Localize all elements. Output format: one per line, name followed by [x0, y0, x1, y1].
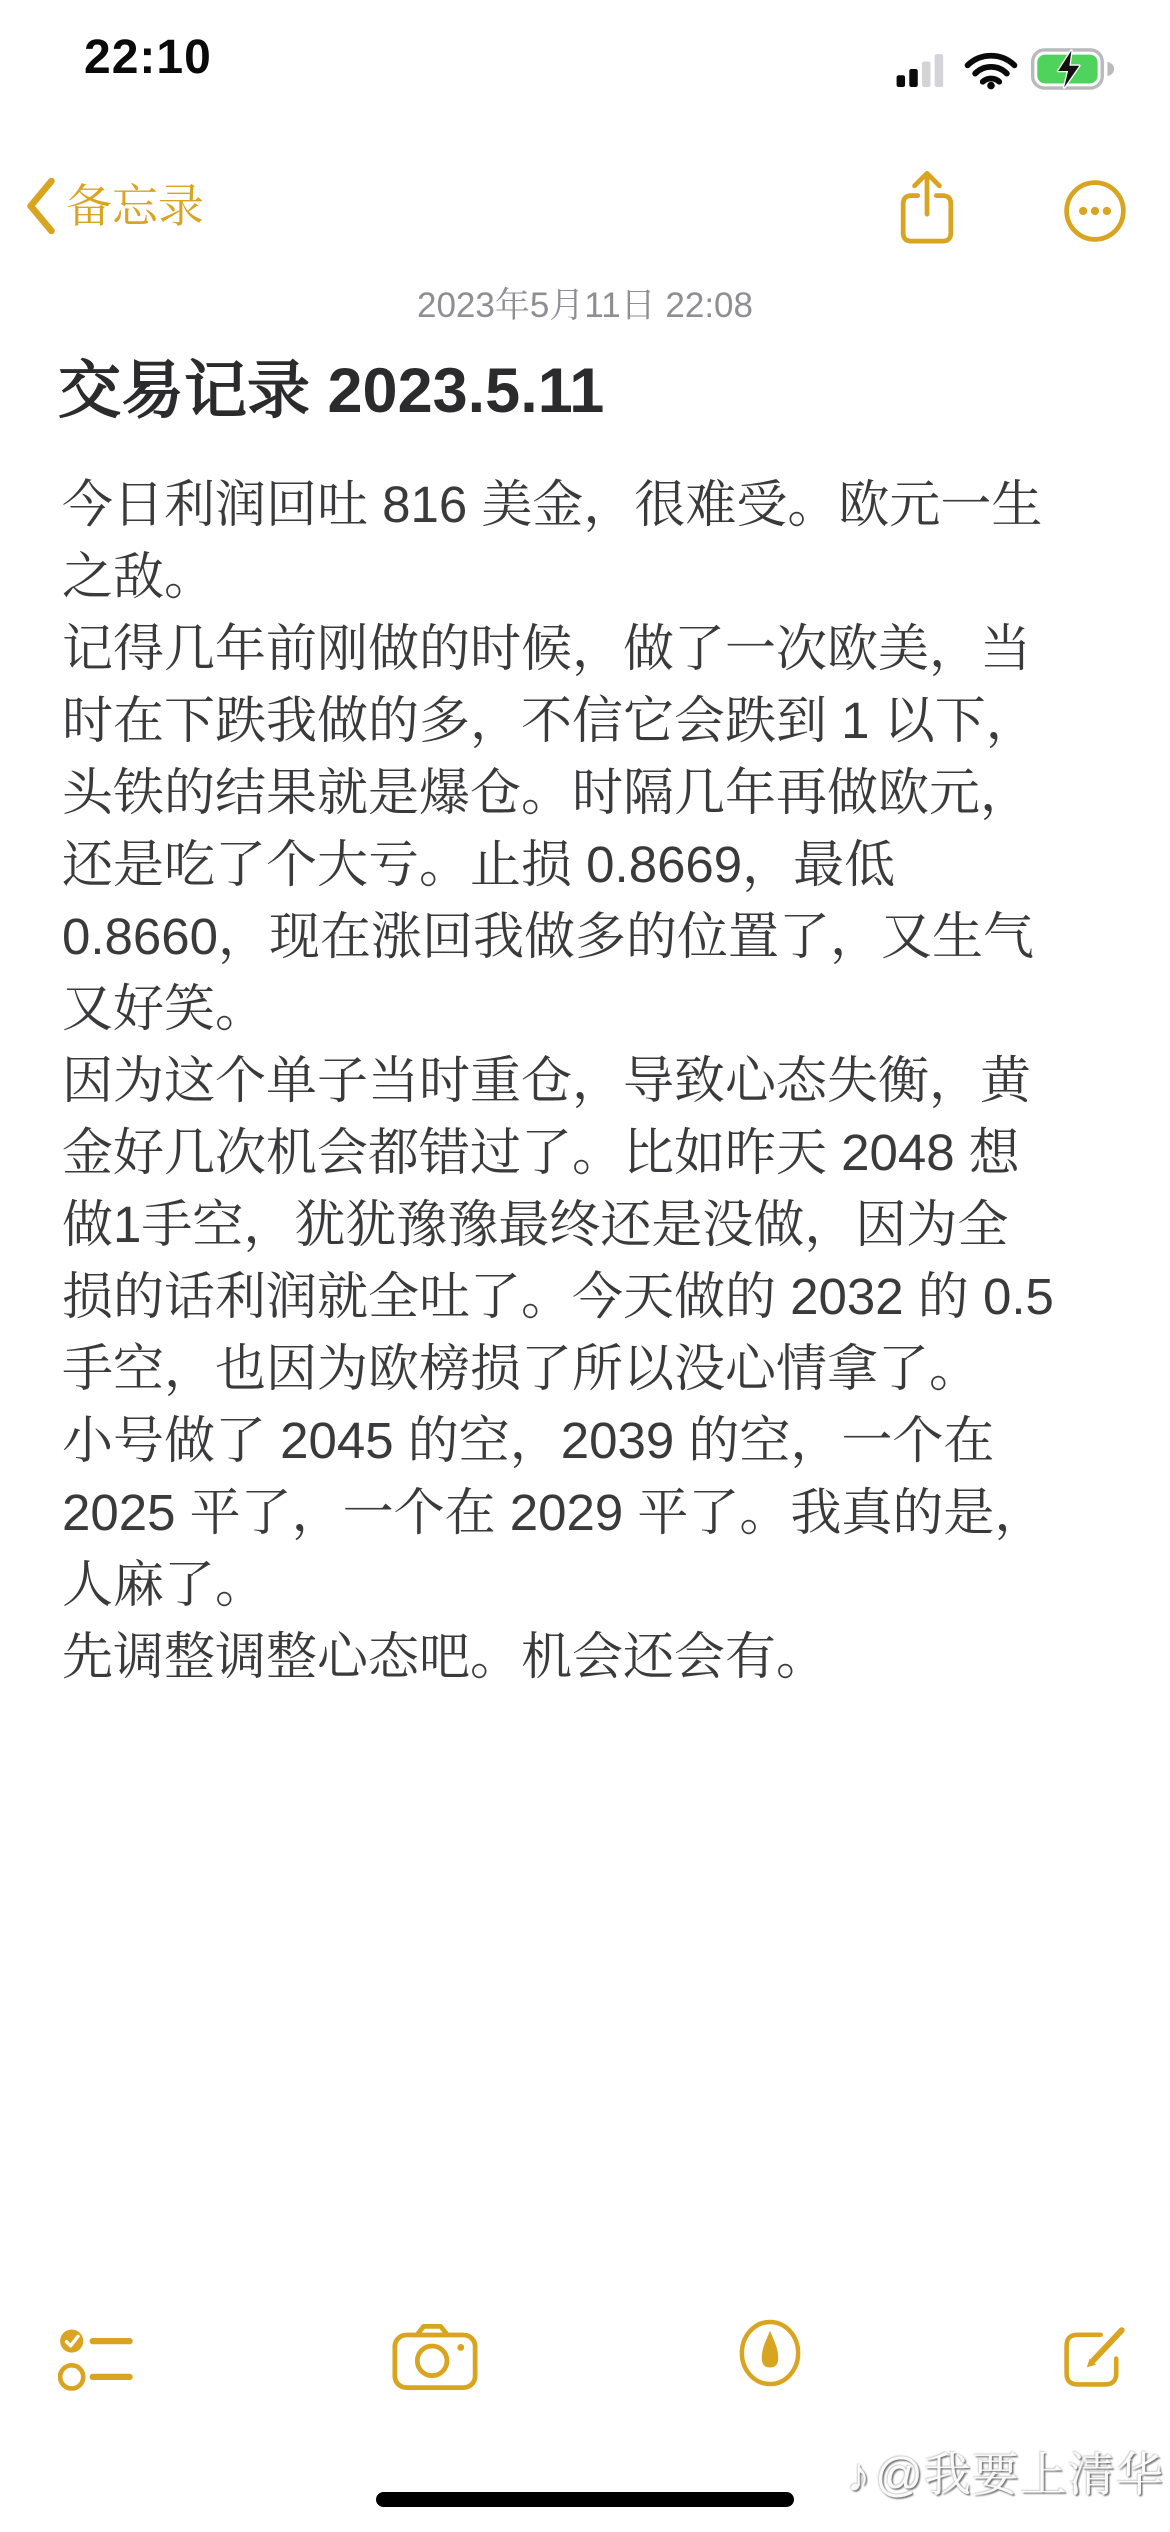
watermark: ♪@我要上清华	[847, 2438, 1164, 2505]
share-icon[interactable]	[898, 168, 956, 246]
note-body-line: 先调整调整心态吧。机会还会有。	[62, 1621, 1054, 1693]
note-body-line: 小号做了 2045 的空，2039 的空，一个在	[62, 1405, 1054, 1477]
wifi-icon	[964, 52, 1018, 90]
notes-app-screen: 22:10 备忘录 2023年5月11日 22:08 交易记录	[0, 0, 1170, 2532]
music-note-logo-icon: ♪	[847, 2448, 872, 2501]
note-title: 交易记录 2023.5.11	[58, 340, 604, 431]
ellipsis-circle-icon[interactable]	[1062, 178, 1128, 244]
checklist-icon[interactable]	[58, 2326, 138, 2392]
note-body-line: 之敌。	[62, 541, 1054, 613]
note-body-line: 又好笑。	[62, 973, 1054, 1045]
note-body-line: 损的话利润就全吐了。今天做的 2032 的 0.5	[62, 1261, 1054, 1333]
note-body-line: 时在下跌我做的多，不信它会跌到 1 以下，	[62, 685, 1054, 757]
camera-icon[interactable]	[392, 2322, 478, 2392]
note-edited-date: 2023年5月11日 22:08	[0, 278, 1170, 328]
note-body-text[interactable]: 今日利润回吐 816 美金，很难受。欧元一生之敌。记得几年前刚做的时候，做了一次…	[62, 469, 1054, 1693]
note-body-line: 记得几年前刚做的时候，做了一次欧美，当	[62, 613, 1054, 685]
back-button[interactable]: 备忘录	[24, 176, 204, 236]
note-body-line: 做1手空，犹犹豫豫最终还是没做，因为全	[62, 1189, 1054, 1261]
cellular-signal-icon	[894, 52, 950, 88]
back-button-label: 备忘录	[66, 176, 204, 236]
note-body-line: 头铁的结果就是爆仓。时隔几年再做欧元，	[62, 757, 1054, 829]
note-body-line: 0.8660，现在涨回我做多的位置了，又生气	[62, 901, 1054, 973]
watermark-text: @我要上清华	[875, 2448, 1164, 2501]
note-body-line: 金好几次机会都错过了。比如昨天 2048 想	[62, 1117, 1054, 1189]
note-body-line: 2025 平了，一个在 2029 平了。我真的是，	[62, 1477, 1054, 1549]
note-body-line: 今日利润回吐 816 美金，很难受。欧元一生	[62, 469, 1054, 541]
note-body-line: 手空，也因为欧榜损了所以没心情拿了。	[62, 1333, 1054, 1405]
home-indicator[interactable]	[376, 2492, 794, 2507]
markup-icon[interactable]	[738, 2318, 802, 2388]
battery-charging-icon	[1030, 48, 1118, 90]
note-body-line: 因为这个单子当时重仓，导致心态失衡，黄	[62, 1045, 1054, 1117]
chevron-left-icon	[24, 177, 56, 235]
compose-icon[interactable]	[1062, 2320, 1130, 2390]
note-body-line: 人麻了。	[62, 1549, 1054, 1621]
note-body-line: 还是吃了个大亏。止损 0.8669，最低	[62, 829, 1054, 901]
status-bar-time: 22:10	[84, 30, 212, 85]
